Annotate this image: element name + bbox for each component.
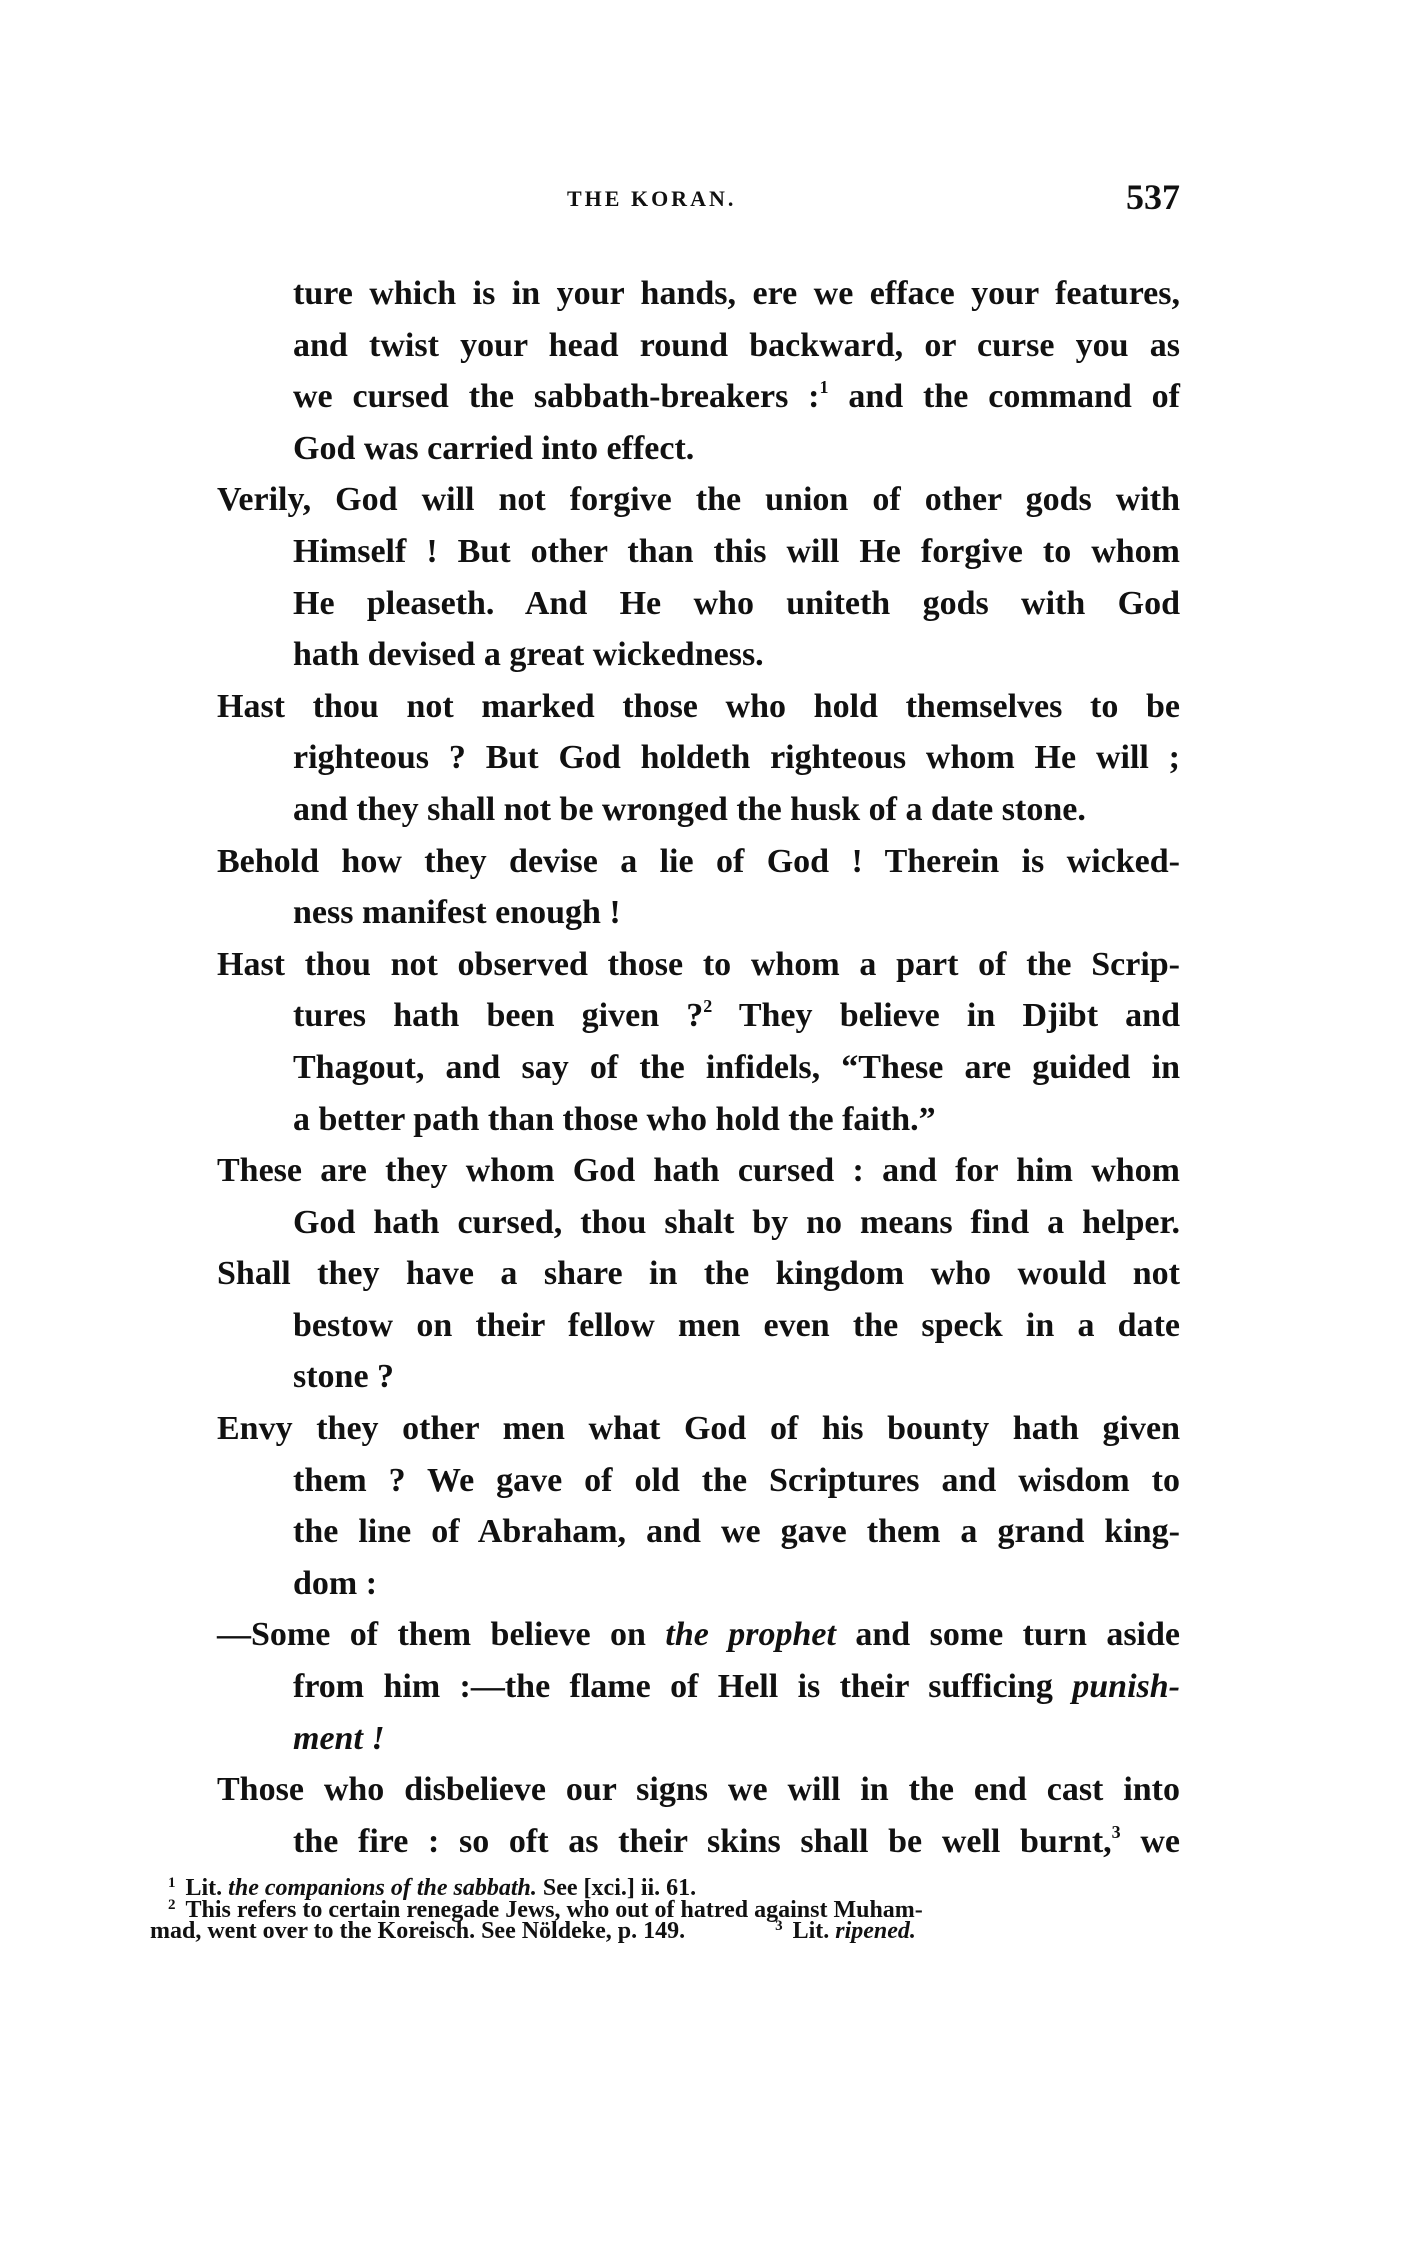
footnote-marker: 1 [168, 1875, 176, 1891]
text-line: God hath cursed, thou shalt by no means … [217, 1197, 1180, 1249]
footnote-2-cont: mad, went over to the Koreisch. See Nöld… [150, 1921, 1180, 1943]
text-span: and some turn aside [836, 1616, 1180, 1653]
text-line: the line of Abraham, and we gave them a … [217, 1506, 1180, 1558]
text-line: from him :—the flame of Hell is their su… [217, 1661, 1180, 1713]
book-page: THE KORAN. 537 ture which is in your han… [0, 0, 1405, 2247]
text-span: —Some of them believe on [217, 1616, 665, 1653]
text-span: and the command of [829, 378, 1181, 415]
text-line: God was carried into effect. [217, 423, 1180, 475]
text-line: ment ! [217, 1713, 1180, 1765]
text-span: They believe in Djibt and [712, 997, 1180, 1034]
italic-span: the prophet [665, 1616, 836, 1653]
text-line: a better path than those who hold the fa… [217, 1094, 1180, 1146]
text-line: ness manifest enough ! [217, 887, 1180, 939]
verse-start-line: Shall they have a share in the kingdom w… [217, 1248, 1180, 1300]
footnote-marker: 3 [775, 1918, 783, 1934]
text-span: the fire : so oft as their skins shall b… [293, 1823, 1112, 1860]
text-span: from him :—the flame of Hell is their su… [293, 1668, 1072, 1705]
italic-span: punish- [1072, 1668, 1180, 1705]
footnote-3: Lit. [793, 1918, 836, 1944]
running-head: THE KORAN. 537 [217, 176, 1180, 216]
text-line: the fire : so oft as their skins shall b… [217, 1816, 1180, 1868]
text-line: Thagout, and say of the infidels, “These… [217, 1042, 1180, 1094]
text-line: them ? We gave of old the Scriptures and… [217, 1455, 1180, 1507]
page-number: 537 [1126, 176, 1180, 218]
text-span: we cursed the sabbath-breakers : [293, 378, 820, 415]
verse-start-line: These are they whom God hath cursed : an… [217, 1145, 1180, 1197]
verse-start-line: Hast thou not observed those to whom a p… [217, 939, 1180, 991]
text-line: we cursed the sabbath-breakers :1 and th… [217, 371, 1180, 423]
text-line: tures hath been given ?2 They believe in… [217, 990, 1180, 1042]
verse-start-line: Those who disbelieve our signs we will i… [217, 1764, 1180, 1816]
verse-start-line: Verily, God will not forgive the union o… [217, 474, 1180, 526]
text-line: stone ? [217, 1351, 1180, 1403]
italic-span: ripened. [835, 1918, 916, 1944]
text-span: mad, went over to the Koreisch. See Nöld… [150, 1918, 685, 1944]
verse-start-line: —Some of them believe on the prophet and… [217, 1609, 1180, 1661]
italic-span: ment ! [293, 1720, 385, 1757]
running-title: THE KORAN. [567, 186, 736, 212]
footnote-marker: 2 [168, 1897, 176, 1913]
text-line: hath devised a great wickedness. [217, 629, 1180, 681]
text-line: bestow on their fellow men even the spec… [217, 1300, 1180, 1352]
footnotes: 1Lit. the companions of the sabbath. See… [150, 1878, 1180, 1943]
body-text: ture which is in your hands, ere we effa… [217, 268, 1180, 1867]
text-line: Himself ! But other than this will He fo… [217, 526, 1180, 578]
footnote-ref-2[interactable]: 2 [703, 996, 712, 1016]
footnote-ref-1[interactable]: 1 [820, 377, 829, 397]
text-span: we [1121, 1823, 1180, 1860]
text-line: ture which is in your hands, ere we effa… [217, 268, 1180, 320]
verse-start-line: Behold how they devise a lie of God ! Th… [217, 836, 1180, 888]
text-line: dom : [217, 1558, 1180, 1610]
footnote-ref-3[interactable]: 3 [1112, 1822, 1121, 1842]
text-line: He pleaseth. And He who uniteth gods wit… [217, 578, 1180, 630]
verse-start-line: Envy they other men what God of his boun… [217, 1403, 1180, 1455]
text-line: and they shall not be wronged the husk o… [217, 784, 1180, 836]
text-line: and twist your head round backward, or c… [217, 320, 1180, 372]
text-line: righteous ? But God holdeth righteous wh… [217, 732, 1180, 784]
text-span: tures hath been given ? [293, 997, 703, 1034]
verse-start-line: Hast thou not marked those who hold them… [217, 681, 1180, 733]
